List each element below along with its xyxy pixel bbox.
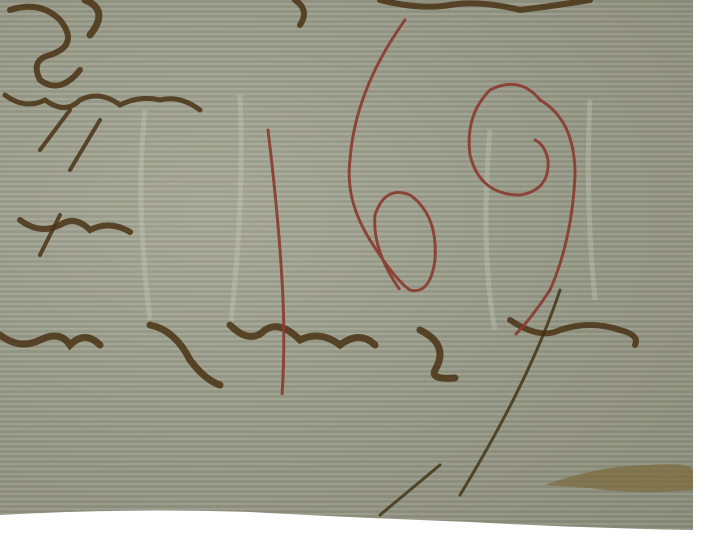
manuscript-photo: 169	[0, 0, 718, 557]
folio-number-169	[0, 0, 718, 557]
